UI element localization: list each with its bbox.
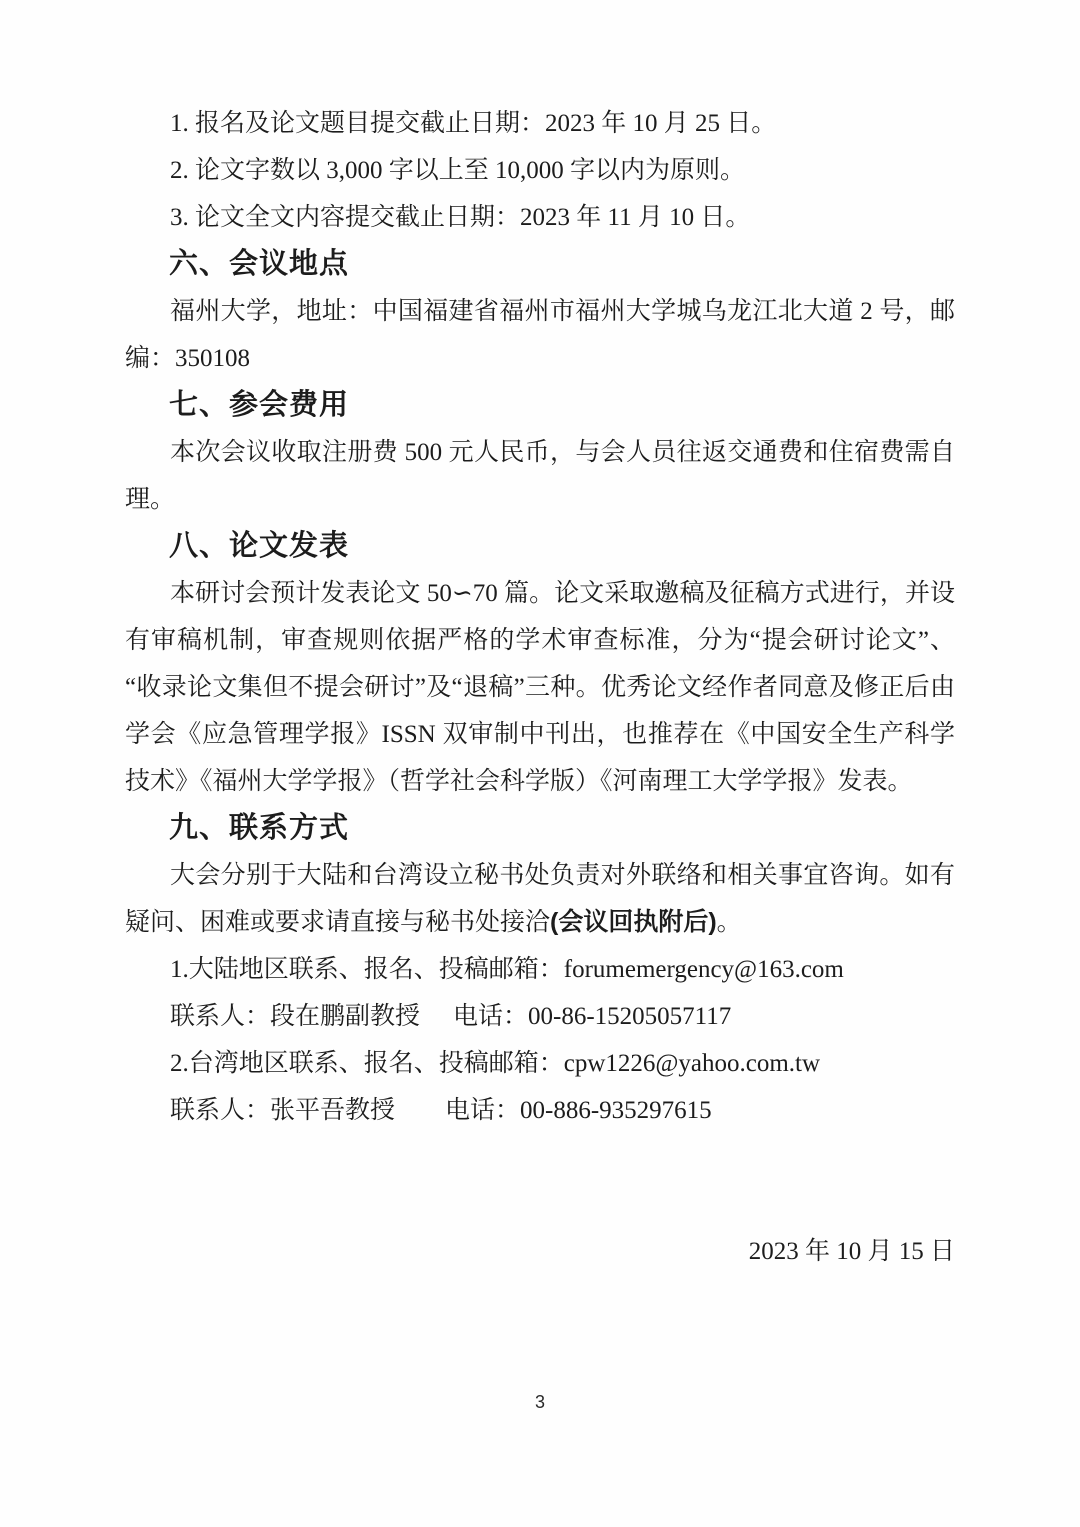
section-9-body-text: 大会分别于大陆和台湾设立秘书处负责对外联络和相关事宜咨询。如有疑问、困难或要求请… [125,862,955,936]
contact-mainland-person-line: 联系人：段在鹏副教授电话：00-86-15205057117 [125,993,955,1040]
contact-taiwan-person: 联系人：张平吾教授 [170,1097,395,1124]
contact-mainland-email-line: 1.大陆地区联系、报名、投稿邮箱：forumemergency@163.com [125,946,955,993]
contact-mainland-person: 联系人：段在鹏副教授 [170,1003,420,1030]
section-6-heading: 六、会议地点 [125,241,955,288]
section-6-body: 福州大学，地址：中国福建省福州市福州大学城乌龙江北大道 2 号，邮编：35010… [125,288,955,382]
section-8-heading: 八、论文发表 [125,523,955,570]
contact-taiwan-phone: 电话：00-886-935297615 [445,1097,712,1124]
deadline-item-3: 3. 论文全文内容提交截止日期：2023 年 11 月 10 日。 [125,194,955,241]
contact-taiwan-person-line: 联系人：张平吾教授电话：00-886-935297615 [125,1087,955,1134]
deadline-item-1: 1. 报名及论文题目提交截止日期：2023 年 10 月 25 日。 [125,100,955,147]
page-number: 3 [0,1390,1080,1414]
section-9-body: 大会分别于大陆和台湾设立秘书处负责对外联络和相关事宜咨询。如有疑问、困难或要求请… [125,852,955,946]
section-9-heading: 九、联系方式 [125,805,955,852]
contact-mainland-phone: 电话：00-86-15205057117 [453,1003,731,1030]
section-7-heading: 七、参会费用 [125,382,955,429]
section-9-body-period: 。 [717,909,742,936]
document-date: 2023 年 10 月 15 日 [125,1228,955,1275]
section-7-body: 本次会议收取注册费 500 元人民币，与会人员往返交通费和住宿费需自理。 [125,429,955,523]
section-9-body-bold-note: (会议回执附后) [550,908,717,936]
document-content: 1. 报名及论文题目提交截止日期：2023 年 10 月 25 日。 2. 论文… [125,100,955,1275]
contact-taiwan-email-line: 2.台湾地区联系、报名、投稿邮箱：cpw1226@yahoo.com.tw [125,1040,955,1087]
section-8-body: 本研讨会预计发表论文 50∽70 篇。论文采取邀稿及征稿方式进行，并设有审稿机制… [125,570,955,805]
deadline-item-2: 2. 论文字数以 3,000 字以上至 10,000 字以内为原则。 [125,147,955,194]
document-page: 1. 报名及论文题目提交截止日期：2023 年 10 月 25 日。 2. 论文… [0,0,1080,1527]
